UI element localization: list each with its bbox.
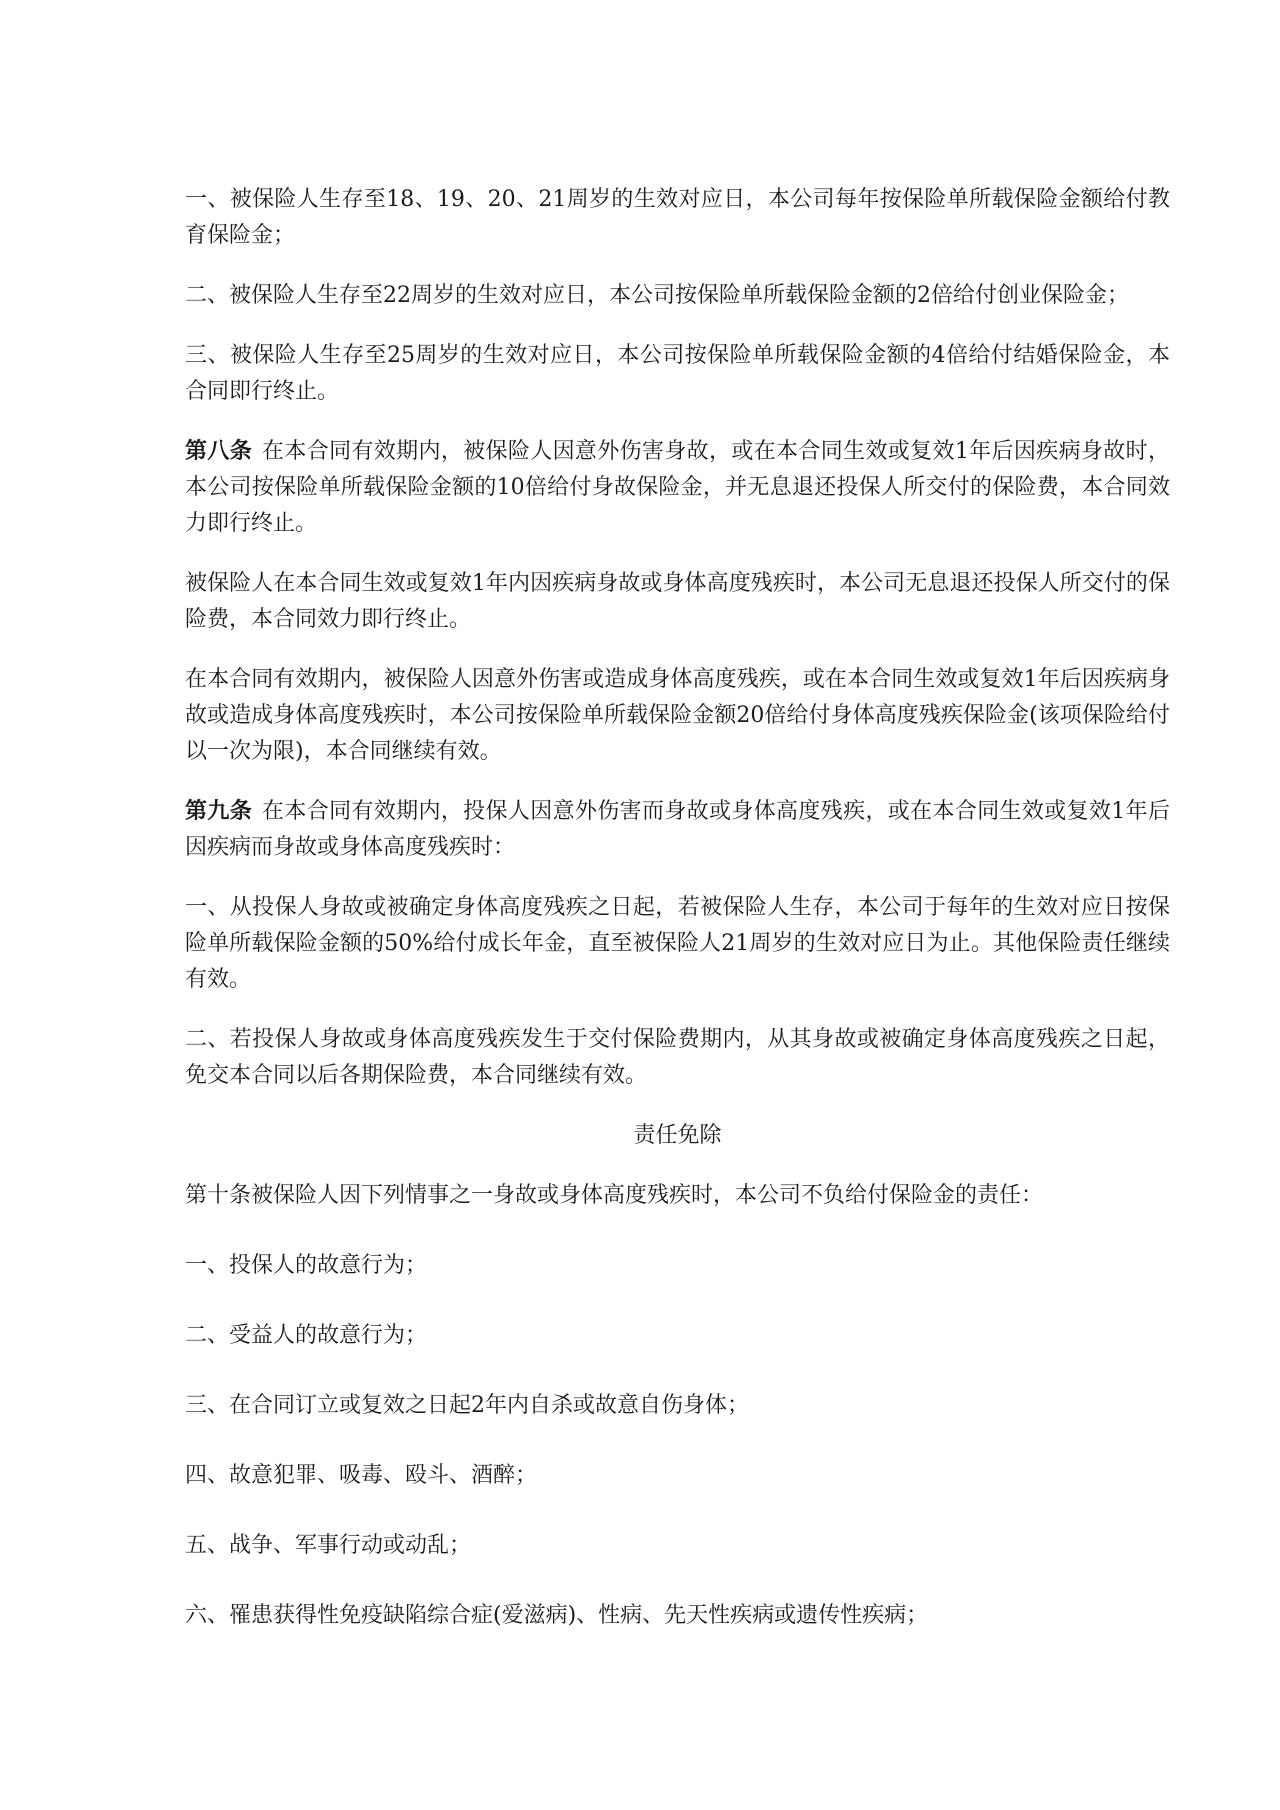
article-9-text: 在本合同有效期内，投保人因意外伤害而身故或身体高度残疾，或在本合同生效或复效1年… <box>185 799 1170 860</box>
article-8: 第八条在本合同有效期内，被保险人因意外伤害身故，或在本合同生效或复效1年后因疾病… <box>185 434 1170 542</box>
document-page: 一、被保险人生存至18、19、20、21周岁的生效对应日，本公司每年按保险单所载… <box>185 182 1170 1668</box>
article-8-paragraph-3: 在本合同有效期内，被保险人因意外伤害或造成身体高度残疾，或在本合同生效或复效1年… <box>185 662 1170 770</box>
article-9-paragraph-2: 一、从投保人身故或被确定身体高度残疾之日起，若被保险人生存，本公司于每年的生效对… <box>185 890 1170 998</box>
exclusion-item: 三、在合同订立或复效之日起2年内自杀或故意自伤身体； <box>185 1388 1170 1424</box>
section-title-exclusions: 责任免除 <box>185 1118 1170 1154</box>
exclusion-item: 一、投保人的故意行为； <box>185 1248 1170 1284</box>
article-8-paragraph-2: 被保险人在本合同生效或复效1年内因疾病身故或身体高度残疾时，本公司无息退还投保人… <box>185 566 1170 638</box>
article-8-label: 第八条 <box>185 439 252 464</box>
clause-startup-benefit: 二、被保险人生存至22周岁的生效对应日，本公司按保险单所载保险金额的2倍给付创业… <box>185 278 1170 314</box>
exclusion-item: 四、故意犯罪、吸毒、殴斗、酒醉； <box>185 1458 1170 1494</box>
exclusion-item: 六、罹患获得性免疫缺陷综合症(爱滋病)、性病、先天性疾病或遗传性疾病； <box>185 1598 1170 1634</box>
article-9: 第九条在本合同有效期内，投保人因意外伤害而身故或身体高度残疾，或在本合同生效或复… <box>185 794 1170 866</box>
clause-marriage-benefit: 三、被保险人生存至25周岁的生效对应日，本公司按保险单所载保险金额的4倍给付结婚… <box>185 338 1170 410</box>
article-10-label: 第十条 <box>185 1183 251 1208</box>
clause-education-benefit: 一、被保险人生存至18、19、20、21周岁的生效对应日，本公司每年按保险单所载… <box>185 182 1170 254</box>
article-10: 第十条被保险人因下列情事之一身故或身体高度残疾时，本公司不负给付保险金的责任： <box>185 1178 1170 1214</box>
article-9-label: 第九条 <box>185 799 252 824</box>
exclusion-item: 二、受益人的故意行为； <box>185 1318 1170 1354</box>
article-9-paragraph-3: 二、若投保人身故或身体高度残疾发生于交付保险费期内，从其身故或被确定身体高度残疾… <box>185 1022 1170 1094</box>
exclusion-item: 五、战争、军事行动或动乱； <box>185 1528 1170 1564</box>
article-10-text: 被保险人因下列情事之一身故或身体高度残疾时，本公司不负给付保险金的责任： <box>251 1183 1043 1208</box>
article-8-text: 在本合同有效期内，被保险人因意外伤害身故，或在本合同生效或复效1年后因疾病身故时… <box>185 439 1170 536</box>
